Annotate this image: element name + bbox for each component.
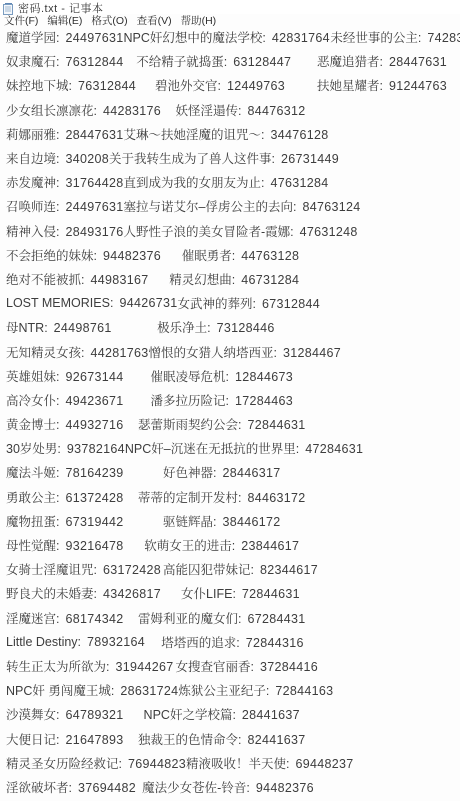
entry-title: 女骑士淫魔诅咒: [6,563,97,577]
entry-title: Little Destiny: [6,635,81,649]
entry-value: 28446317 [222,466,280,480]
entry-value: 340208 [65,152,109,166]
password-entry: 精神入侵:28493176 [6,222,124,240]
entry-value: 68174342 [65,612,123,626]
entry-value: 21647893 [65,733,123,747]
password-entry: NPC奸之学校篇:28441637 [124,705,321,723]
password-entry: 女仆LIFE:72844631 [161,584,320,602]
entry-row: NPC奸 勇闯魔王城:28631724炼狱公主亚纪子:72844163 [0,678,460,702]
password-entry: 未经世事的公主:74283164 [330,28,460,46]
entry-title: 魔道学园: [6,31,59,45]
password-entry: 潘多拉历险记:17284463 [124,391,321,409]
password-entry: 碧池外交官:12449763 [136,76,304,94]
entry-row: Little Destiny:78932164塔塔西的追求:72844316 [0,630,460,654]
entry-value: 92673144 [65,370,123,384]
entry-row: 赤发魔神:31764428直到成为我的女朋友为止:47631284 [0,170,460,194]
entry-value: 49423671 [65,394,123,408]
entry-value: 23844617 [241,539,299,553]
password-entry: 极乐净土:73128446 [112,318,320,336]
password-entry: 催眠勇者:44763128 [161,246,320,264]
entry-row: 转生正太为所欲为:31944267女搜查官丽香:37284416 [0,654,460,678]
entry-value: 26731449 [281,152,339,166]
entry-value: 73128446 [217,321,275,335]
entry-title: 大便日记: [6,733,59,747]
entry-value: 63128447 [233,55,291,69]
entry-row: 妹控地下城:76312844碧池外交官:12449763扶她星耀者:912447… [0,73,460,97]
password-entry: 妹控地下城:76312844 [6,76,136,94]
password-entry: 扶她星耀者:91244763 [304,76,460,94]
entry-title: 女搜查官丽香: [176,660,254,674]
entry-title: 野良犬的未婚妻: [6,587,97,601]
password-entry: 炼狱公主亚纪子:72844163 [178,681,333,699]
notepad-icon [3,2,14,14]
entry-value: 28447631 [65,128,123,142]
entry-title: 精神入侵: [6,225,59,239]
entry-row: 淫魔迷宫:68174342雷姆利亚的魔女们:67284431 [0,606,460,630]
entry-row: LOST MEMORIES:94426731女武神的葬列:67312844 [0,291,460,315]
entry-title: 赤发魔神: [6,176,59,190]
entry-value: 28631724 [120,684,178,698]
entry-value: 44763128 [241,249,299,263]
entry-value: 94482376 [103,249,161,263]
entry-title: 软萌女王的进击: [144,539,235,553]
entry-title: 雷姆利亚的魔女们: [138,612,241,626]
password-entry: 魔法少女苍佐-铃音:94482376 [136,778,320,796]
password-entry: 女骑士淫魔诅咒:63172428 [6,560,161,578]
entry-title: 转生正太为所欲为: [6,660,109,674]
password-entry: 少女组长凛凛花:44283176 [6,101,161,119]
entry-title: 女仆LIFE: [181,587,236,601]
entry-value: 84763124 [302,200,360,214]
entry-value: 94426731 [119,296,177,310]
password-entry: 不会拒绝的妹妹:94482376 [6,246,161,264]
entry-value: 72844316 [246,636,304,650]
entry-value: 72844163 [275,684,333,698]
entry-title: 驱链辉晶: [163,515,216,529]
entry-row: 不会拒绝的妹妹:94482376催眠勇者:44763128 [0,243,460,267]
entry-row: 无知精灵女孩:44281763憎恨的女猎人纳塔西亚:31284467 [0,339,460,363]
entry-title: NPC奸 勇闯魔王城: [6,684,114,698]
password-entry: 淫魔迷宫:68174342 [6,609,124,627]
entry-row: 母性觉醒:93216478软萌女王的进击:23844617 [0,533,460,557]
password-entry: 蒂蒂的定制开发村:84463172 [124,488,321,506]
entry-value: 44932716 [65,418,123,432]
entry-row: 召唤师连:24497631塞拉与诺艾尔–俘虏公主的去向:84763124 [0,194,460,218]
entry-value: 44281763 [90,346,148,360]
password-entry: 憎恨的女猎人纳塔西亚:31284467 [149,343,342,361]
password-entry: 30岁处男:93782164 [6,439,125,457]
password-entry: 精灵幻想曲:46731284 [149,270,321,288]
entry-value: 24498761 [54,321,112,335]
entry-title: 母NTR: [6,321,48,335]
entry-value: 78932164 [87,635,145,649]
entry-title: 魔物扭蛋: [6,515,59,529]
entry-value: 91244763 [389,79,447,93]
entry-value: 82441637 [247,733,305,747]
entry-row: 莉娜丽雅:28447631艾琳～扶她淫魔的诅咒～:34476128 [0,122,460,146]
password-entry: 魔道学园:24497631 [6,28,124,46]
entry-value: 12449763 [227,79,285,93]
password-entry: LOST MEMORIES:94426731 [6,296,177,310]
password-entry: 妖怪淫遢传:84476312 [161,101,320,119]
entry-value: 72844631 [242,587,300,601]
password-entry: 野良犬的未婚妻:43426817 [6,584,161,602]
password-entry: 精液吸收！半天使:69448237 [186,754,354,772]
entry-row: 黄金博士:44932716瑟蕾斯雨契约公会:72844631 [0,412,460,436]
entry-value: 47631284 [270,176,328,190]
entry-title: 召唤师连: [6,200,59,214]
entry-title: 关于我转生成为了兽人这件事: [109,152,275,166]
entry-title: 潘多拉历险记: [151,394,229,408]
entry-title: 精液吸收！半天使: [186,757,289,771]
entry-value: 61372428 [65,491,123,505]
entry-title: 精灵圣女历险经救记: [6,757,122,771]
password-entry: 塞拉与诺艾尔–俘虏公主的去向:84763124 [124,197,361,215]
entry-title: 无知精灵女孩: [6,346,84,360]
entry-row: 女骑士淫魔诅咒:63172428高能囚犯带妹记:82344617 [0,557,460,581]
password-entry: 软萌女王的进击:23844617 [124,536,321,554]
password-entry: 莉娜丽雅:28447631 [6,125,124,143]
entry-title: 艾琳～扶她淫魔的诅咒～: [124,128,265,142]
entry-value: 24497631 [65,31,123,45]
entry-row: 大便日记:21647893独裁王的色情命令:82441637 [0,726,460,750]
entry-value: 72844631 [247,418,305,432]
entry-title: 塞拉与诺艾尔–俘虏公主的去向: [124,200,297,214]
entry-title: 来自边境: [6,152,59,166]
entry-title: NPC奸–沉迷在无抵抗的世界里: [125,442,299,456]
entry-value: 28493176 [65,225,123,239]
entry-value: 44983167 [90,273,148,287]
entry-row: 魔物扭蛋:67319442驱链辉晶:38446172 [0,509,460,533]
password-entry: 召唤师连:24497631 [6,197,124,215]
password-entry: NPC奸 勇闯魔王城:28631724 [6,681,178,699]
password-entry: 恶魔追猎者:28447631 [304,52,460,70]
entry-value: 82344617 [260,563,318,577]
entry-value: 67284431 [247,612,305,626]
entry-title: 独裁王的色情命令: [138,733,241,747]
entry-value: 38446172 [222,515,280,529]
entry-title: 碧池外交官: [155,79,221,93]
entry-title: LOST MEMORIES: [6,296,113,310]
password-entry: 精灵圣女历险经救记:76944823 [6,754,186,772]
entry-value: 43426817 [103,587,161,601]
entry-title: 恶魔追猎者: [317,55,383,69]
entry-value: 67312844 [262,297,320,311]
entry-title: 淫欲破坏者: [6,781,72,795]
entry-title: 莉娜丽雅: [6,128,59,142]
password-entry: 来自边境:340208 [6,149,109,167]
entry-title: 炼狱公主亚纪子: [178,684,269,698]
password-entry: 英雄姐妹:92673144 [6,367,124,385]
entry-value: 28447631 [389,55,447,69]
entry-value: 93782164 [67,442,125,456]
entry-title: 蒂蒂的定制开发村: [138,491,241,505]
password-entry: 淫欲破坏者:37694482 [6,778,136,796]
entry-row: 野良犬的未婚妻:43426817女仆LIFE:72844631 [0,581,460,605]
password-entry: 不给精子就捣蛋:63128447 [124,52,305,70]
password-entry: 女武神的葬列:67312844 [177,294,320,312]
entry-title: 极乐净土: [157,321,210,335]
password-entry: 魔法斗姬:78164239 [6,463,124,481]
entry-title: 瑟蕾斯雨契约公会: [138,418,241,432]
password-entry: 塔塔西的追求:72844316 [145,633,320,651]
password-entry: 勇敢公主:61372428 [6,488,124,506]
password-entry: 赤发魔神:31764428 [6,173,124,191]
password-entry: 独裁王的色情命令:82441637 [124,730,321,748]
entry-title: 好色神器: [163,466,216,480]
password-entry: 人野性子浪的美女冒险者-霞娜:47631248 [124,222,358,240]
entry-value: 28441637 [242,708,300,722]
entry-value: 76944823 [128,757,186,771]
entry-title: 人野性子浪的美女冒险者-霞娜: [124,225,294,239]
entry-value: 46731284 [241,273,299,287]
entry-row: 勇敢公主:61372428蒂蒂的定制开发村:84463172 [0,485,460,509]
entry-row: 30岁处男:93782164NPC奸–沉迷在无抵抗的世界里:47284631 [0,436,460,460]
entry-title: 憎恨的女猎人纳塔西亚: [149,346,277,360]
password-entry: 高冷女仆:49423671 [6,391,124,409]
password-entry: 奴隶魔石:76312844 [6,52,124,70]
entry-value: 76312844 [78,79,136,93]
password-entry: 直到成为我的女朋友为止:47631284 [124,173,329,191]
entry-title: 扶她星耀者: [317,79,383,93]
entry-title: 妹控地下城: [6,79,72,93]
password-entry: 催眠凌辱危机:12844673 [124,367,321,385]
entry-row: 魔法斗姬:78164239好色神器:28446317 [0,460,460,484]
password-entry: 好色神器:28446317 [124,463,321,481]
password-entry: 转生正太为所欲为:31944267 [6,657,174,675]
entry-row: 淫欲破坏者:37694482魔法少女苍佐-铃音:94482376 [0,775,460,799]
entry-value: 31284467 [283,346,341,360]
entry-title: 高能囚犯带妹记: [163,563,254,577]
notepad-window: 密码.txt - 记事本 文件(F)编辑(E)格式(O)查看(V)帮助(H) 魔… [0,0,460,801]
entry-value: 67319442 [65,515,123,529]
entry-title: 勇敢公主: [6,491,59,505]
entry-value: 47284631 [305,442,363,456]
text-area[interactable]: 魔道学园:24497631NPC奸幻想中的魔法学校:42831764未经世事的公… [0,25,460,801]
entry-row: 英雄姐妹:92673144催眠凌辱危机:12844673 [0,364,460,388]
entry-row: 少女组长凛凛花:44283176妖怪淫遢传:84476312 [0,98,460,122]
entry-title: 高冷女仆: [6,394,59,408]
entry-row: 奴隶魔石:76312844不给精子就捣蛋:63128447恶魔追猎者:28447… [0,49,460,73]
entry-value: 64789321 [65,708,123,722]
password-entry: 大便日记:21647893 [6,730,124,748]
password-entry: 艾琳～扶她淫魔的诅咒～:34476128 [124,125,329,143]
entry-value: 31764428 [65,176,123,190]
entry-title: 塔塔西的追求: [161,636,239,650]
entry-value: 78164239 [65,466,123,480]
password-entry: NPC奸幻想中的魔法学校:42831764 [124,28,330,46]
entry-title: 不会拒绝的妹妹: [6,249,97,263]
entry-title: 魔法斗姬: [6,466,59,480]
entry-title: 30岁处男: [6,442,61,456]
entry-row: 魔道学园:24497631NPC奸幻想中的魔法学校:42831764未经世事的公… [0,25,460,49]
entry-value: 93216478 [65,539,123,553]
entry-title: 黄金博士: [6,418,59,432]
entry-value: 63172428 [103,563,161,577]
password-entry: 瑟蕾斯雨契约公会:72844631 [124,415,321,433]
password-entry: 黄金博士:44932716 [6,415,124,433]
entry-title: 不给精子就捣蛋: [136,55,227,69]
password-entry: 无知精灵女孩:44281763 [6,343,149,361]
entry-row: 精神入侵:28493176人野性子浪的美女冒险者-霞娜:47631248 [0,219,460,243]
entry-row: 沙漠舞女:64789321NPC奸之学校篇:28441637 [0,702,460,726]
password-entry: 女搜查官丽香:37284416 [174,657,321,675]
password-entry: 沙漠舞女:64789321 [6,705,124,723]
password-entry: 雷姆利亚的魔女们:67284431 [124,609,321,627]
entry-value: 24497631 [65,200,123,214]
entry-title: 催眠勇者: [182,249,235,263]
entry-value: 76312844 [65,55,123,69]
entry-value: 69448237 [295,757,353,771]
entry-row: 来自边境:340208关于我转生成为了兽人这件事:26731449 [0,146,460,170]
entry-title: 精灵幻想曲: [169,273,235,287]
entry-title: 母性觉醒: [6,539,59,553]
entry-title: 英雄姐妹: [6,370,59,384]
entry-value: 74283164 [427,31,460,45]
entry-title: NPC奸之学校篇: [144,708,236,722]
entry-value: 84463172 [247,491,305,505]
entry-title: 直到成为我的女朋友为止: [124,176,265,190]
password-entry: 关于我转生成为了兽人这件事:26731449 [109,149,339,167]
entry-value: 94482376 [256,781,314,795]
password-entry: 绝对不能被抓:44983167 [6,270,149,288]
entry-row: 绝对不能被抓:44983167精灵幻想曲:46731284 [0,267,460,291]
entry-title: 魔法少女苍佐-铃音: [142,781,250,795]
entry-value: 47631248 [300,225,358,239]
password-entry: NPC奸–沉迷在无抵抗的世界里:47284631 [125,439,363,457]
entry-title: 少女组长凛凛花: [6,104,97,118]
password-entry: 魔物扭蛋:67319442 [6,512,124,530]
entry-value: 12844673 [235,370,293,384]
password-entry: 母性觉醒:93216478 [6,536,124,554]
entry-title: 女武神的葬列: [177,297,255,311]
entry-value: 17284463 [235,394,293,408]
entry-value: 37284416 [260,660,318,674]
entry-value: 84476312 [247,104,305,118]
entry-value: 42831764 [272,31,330,45]
titlebar[interactable]: 密码.txt - 记事本 [0,0,460,14]
password-entry: 母NTR:24498761 [6,318,112,336]
entry-title: 未经世事的公主: [330,31,421,45]
entry-title: 沙漠舞女: [6,708,59,722]
entry-title: NPC奸幻想中的魔法学校: [124,31,266,45]
password-entry: 高能囚犯带妹记:82344617 [161,560,320,578]
entry-row: 母NTR:24498761极乐净土:73128446 [0,315,460,339]
entry-row: 精灵圣女历险经救记:76944823精液吸收！半天使:69448237 [0,751,460,775]
entry-value: 31944267 [115,660,173,674]
password-entry: 驱链辉晶:38446172 [124,512,321,530]
entry-row: 高冷女仆:49423671潘多拉历险记:17284463 [0,388,460,412]
entry-title: 催眠凌辱危机: [151,370,229,384]
entry-value: 34476128 [270,128,328,142]
entry-value: 37694482 [78,781,136,795]
entry-title: 绝对不能被抓: [6,273,84,287]
entry-title: 妖怪淫遢传: [176,104,242,118]
password-entry: Little Destiny:78932164 [6,635,145,649]
entry-title: 淫魔迷宫: [6,612,59,626]
entry-value: 44283176 [103,104,161,118]
entry-title: 奴隶魔石: [6,55,59,69]
